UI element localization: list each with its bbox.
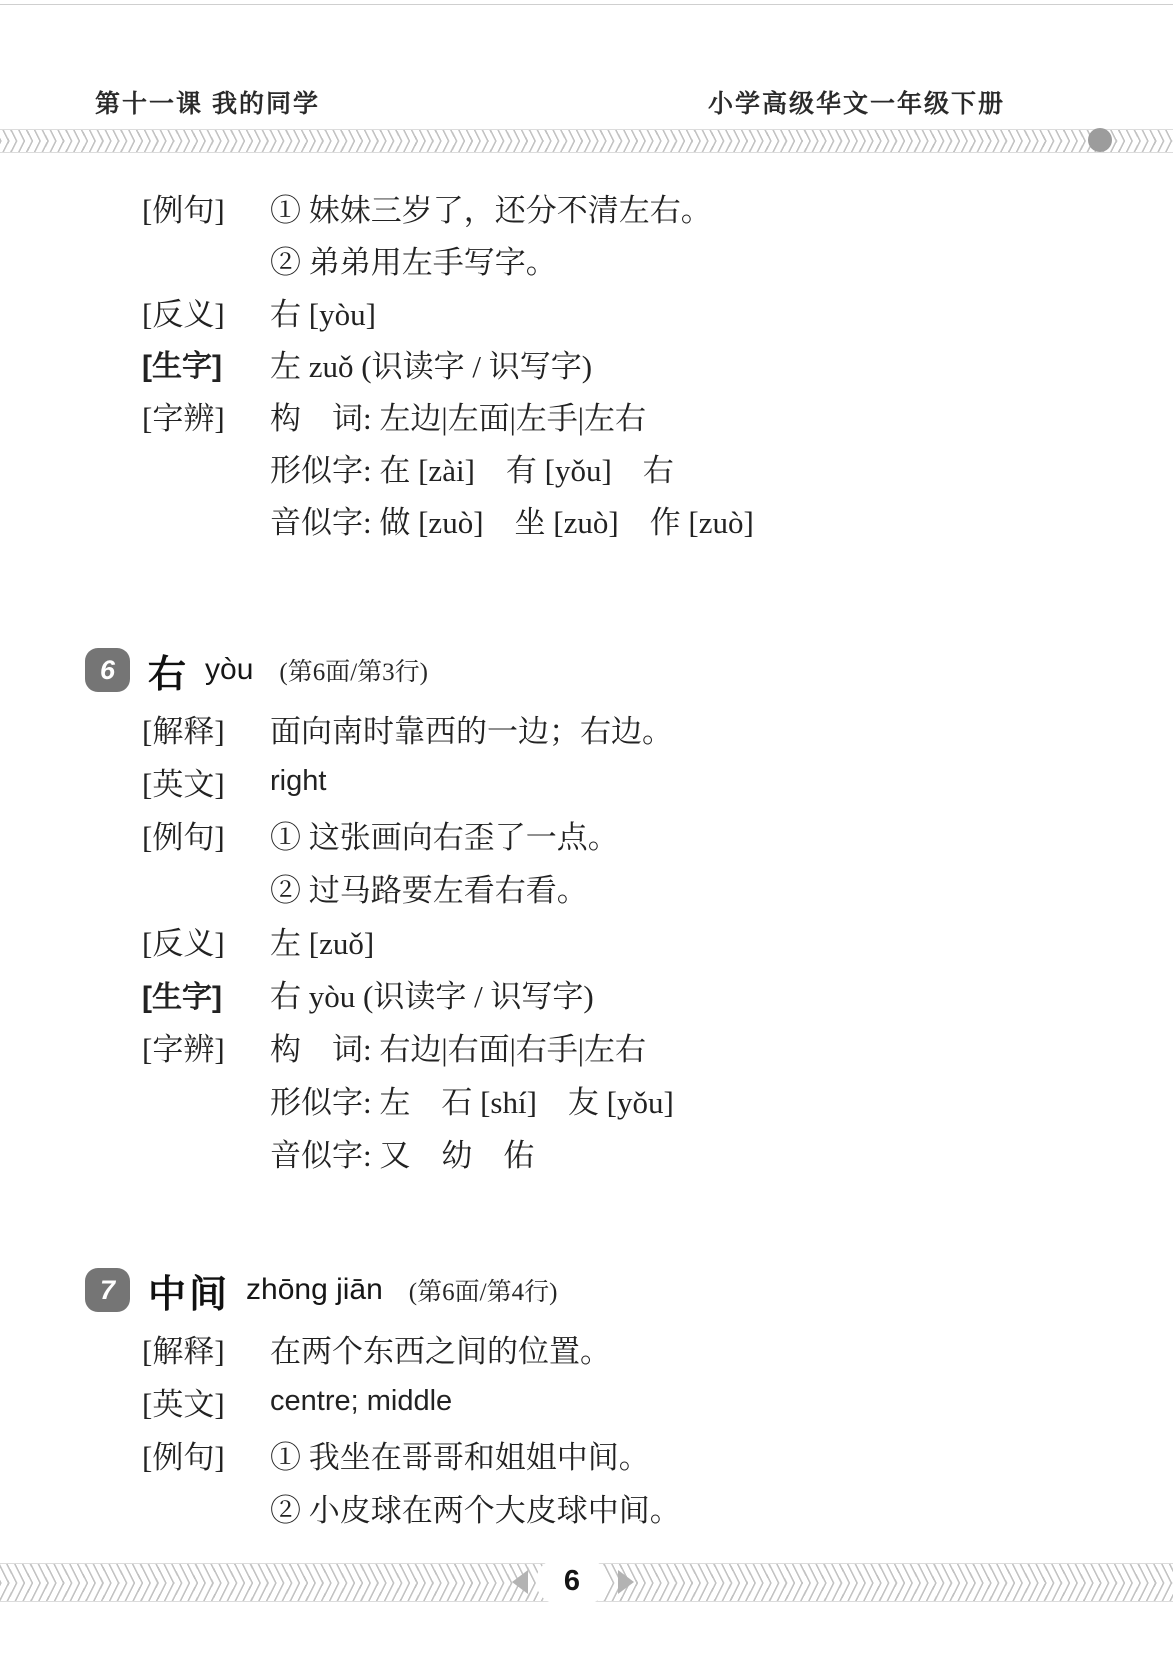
- dict-row: 形似字: 左 石 [shí] 友 [yǒu]: [0, 1073, 1173, 1126]
- header-book-title: 小学高级华文一年级下册: [708, 84, 1005, 120]
- row-text: right: [270, 765, 326, 798]
- row-text: ② 过马路要左看右看。: [270, 865, 588, 910]
- row-text: 面向南时靠西的一边；右边。: [270, 706, 673, 751]
- dict-row: [例句] ① 我坐在哥哥和姐姐中间。: [0, 1428, 1173, 1481]
- row-text: 构 词: 右边|右面|右手|左右: [270, 1024, 646, 1069]
- dict-row: [字辨] 构 词: 右边|右面|右手|左右: [0, 1020, 1173, 1073]
- row-label: [生字]: [142, 972, 270, 1016]
- entry-continuation: [例句] ① 妹妹三岁了，还分不清左右。 ② 弟弟用左手写字。 [反义] 右 […: [0, 181, 1173, 545]
- row-text: 左 [zuǒ]: [270, 918, 374, 963]
- entry-6: 6 右 yòu (第6面/第3行) [解释] 面向南时靠西的一边；右边。 [英文…: [0, 644, 1173, 1179]
- entry-rows: [解释] 面向南时靠西的一边；右边。 [英文] right [例句] ① 这张画…: [0, 702, 1173, 1179]
- row-label: [反义]: [142, 289, 270, 334]
- page-number-pill: 6: [536, 1559, 608, 1604]
- dict-row: [反义] 左 [zuǒ]: [0, 914, 1173, 967]
- row-text: 右 [yòu]: [270, 289, 376, 334]
- dict-row: 音似字: 做 [zuò] 坐 [zuò] 作 [zuò]: [0, 493, 1173, 545]
- entry-word: 中间: [148, 1263, 230, 1318]
- chevron-left-icon: [512, 1570, 528, 1594]
- entry-page-ref: (第6面/第4行): [409, 1272, 558, 1308]
- entry-number-badge: 6: [85, 648, 130, 692]
- row-text: ① 妹妹三岁了，还分不清左右。: [270, 185, 712, 230]
- row-label: [英文]: [142, 759, 270, 804]
- dict-row: [解释] 在两个东西之间的位置。: [0, 1322, 1173, 1375]
- dict-row: [字辨] 构 词: 左边|左面|左手|左右: [0, 389, 1173, 441]
- chevron-pattern-top: [0, 130, 1173, 141]
- chevron-pattern-bottom: [0, 141, 1173, 152]
- dict-row: [解释] 面向南时靠西的一边；右边。: [0, 702, 1173, 755]
- header-lesson-title: 第十一课 我的同学: [95, 84, 320, 120]
- dict-row: 形似字: 在 [zài] 有 [yǒu] 右: [0, 441, 1173, 493]
- row-text: 右 yòu (识读字 / 识写字): [270, 971, 594, 1016]
- row-label: [字辨]: [142, 1024, 270, 1069]
- dict-row: [英文] right: [0, 755, 1173, 808]
- row-label: [英文]: [142, 1379, 270, 1424]
- row-text: ① 我坐在哥哥和姐姐中间。: [270, 1432, 650, 1477]
- row-label: [例句]: [142, 1432, 270, 1477]
- entry-7: 7 中间 zhōng jiān (第6面/第4行) [解释] 在两个东西之间的位…: [0, 1264, 1173, 1534]
- header-divider-strip: [0, 129, 1173, 153]
- row-label: [生字]: [142, 341, 270, 385]
- dict-row: [例句] ① 这张画向右歪了一点。: [0, 808, 1173, 861]
- entry-rows: [解释] 在两个东西之间的位置。 [英文] centre; middle [例句…: [0, 1322, 1173, 1534]
- dict-row: ② 小皮球在两个大皮球中间。: [0, 1481, 1173, 1534]
- row-text: 左 zuǒ (识读字 / 识写字): [270, 341, 592, 386]
- row-text: 形似字: 在 [zài] 有 [yǒu] 右: [270, 445, 674, 490]
- dict-row: [生字] 左 zuǒ (识读字 / 识写字): [0, 337, 1173, 389]
- row-text: 形似字: 左 石 [shí] 友 [yǒu]: [270, 1077, 674, 1122]
- dict-row: [生字] 右 yòu (识读字 / 识写字): [0, 967, 1173, 1020]
- row-label: [字辨]: [142, 393, 270, 438]
- dict-row: 音似字: 又 幼 佑: [0, 1126, 1173, 1179]
- row-text: 音似字: 做 [zuò] 坐 [zuò] 作 [zuò]: [270, 497, 754, 542]
- row-label: [例句]: [142, 812, 270, 857]
- entry-pinyin: zhōng jiān: [246, 1273, 383, 1307]
- dict-row: ② 过马路要左看右看。: [0, 861, 1173, 914]
- row-text: ② 小皮球在两个大皮球中间。: [270, 1485, 681, 1530]
- chevron-right-icon: [618, 1570, 634, 1594]
- row-label: [解释]: [142, 1326, 270, 1371]
- dict-row: ② 弟弟用左手写字。: [0, 233, 1173, 285]
- row-text: 在两个东西之间的位置。: [270, 1326, 611, 1371]
- page-header: 第十一课 我的同学 小学高级华文一年级下册: [95, 84, 1005, 120]
- row-text: centre; middle: [270, 1385, 452, 1418]
- entry-page-ref: (第6面/第3行): [279, 652, 428, 688]
- entry-heading: 7 中间 zhōng jiān (第6面/第4行): [0, 1264, 1173, 1316]
- strip-end-dot-icon: [1088, 128, 1112, 152]
- entry-word: 右: [148, 643, 189, 698]
- page-content: [例句] ① 妹妹三岁了，还分不清左右。 ② 弟弟用左手写字。 [反义] 右 […: [0, 181, 1173, 1534]
- row-label: [例句]: [142, 185, 270, 230]
- entry-number-badge: 7: [85, 1268, 130, 1312]
- row-label: [解释]: [142, 706, 270, 751]
- dict-row: [英文] centre; middle: [0, 1375, 1173, 1428]
- top-rule: [0, 4, 1173, 5]
- page-number: 6: [564, 1565, 580, 1598]
- dict-row: [反义] 右 [yòu]: [0, 285, 1173, 337]
- row-text: ① 这张画向右歪了一点。: [270, 812, 619, 857]
- row-text: ② 弟弟用左手写字。: [270, 237, 557, 282]
- row-label: [反义]: [142, 918, 270, 963]
- dict-row: [例句] ① 妹妹三岁了，还分不清左右。: [0, 181, 1173, 233]
- row-text: 构 词: 左边|左面|左手|左右: [270, 393, 646, 438]
- entry-pinyin: yòu: [205, 653, 253, 687]
- entry-heading: 6 右 yòu (第6面/第3行): [0, 644, 1173, 696]
- row-text: 音似字: 又 幼 佑: [270, 1130, 534, 1175]
